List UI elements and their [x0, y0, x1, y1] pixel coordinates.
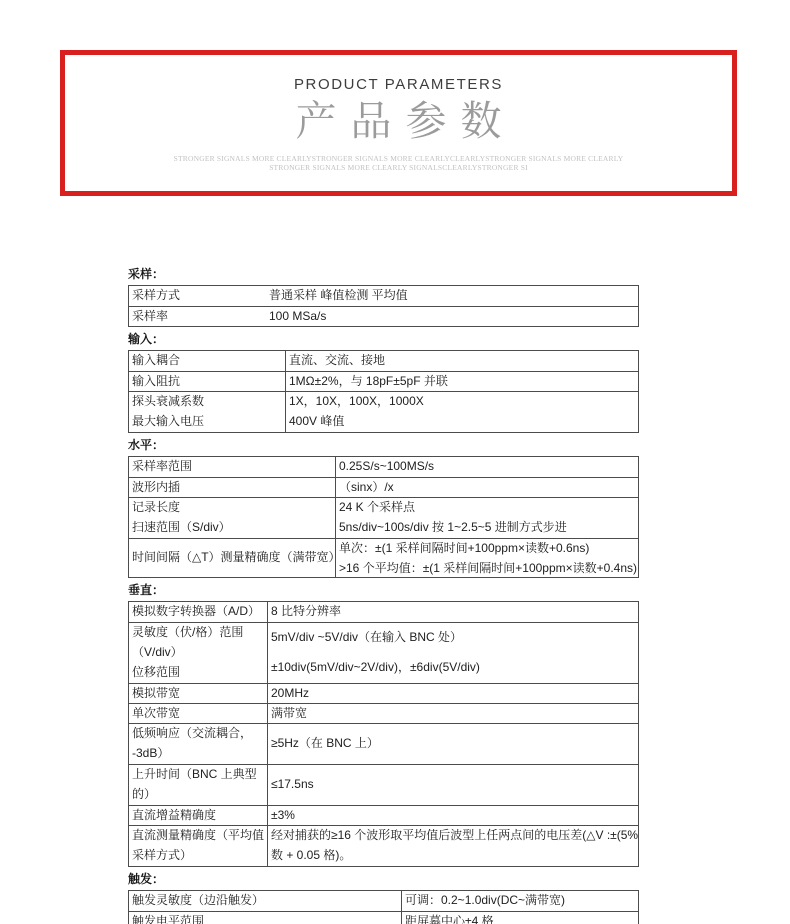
spec-label-line: 直流测量精确度（平均值	[132, 826, 264, 846]
spec-table-horizontal: 采样率范围0.25S/s~100MS/s波形内插（sinx）/x记录长度扫速范围…	[128, 456, 639, 578]
table-row: 记录长度扫速范围（S/div）24 K 个采样点5ns/div~100s/div…	[129, 497, 638, 538]
spec-value-line: 400V 峰值	[289, 412, 635, 432]
spec-value-line: 5ns/div~100s/div 按 1~2.5~5 进制方式步进	[339, 518, 635, 538]
spec-value-line: 5mV/div ~5V/div（在输入 BNC 处）	[271, 628, 635, 648]
spec-label-cell: 直流测量精确度（平均值采样方式）	[129, 826, 267, 866]
table-row: 时间间隔（△T）测量精确度（满带宽）单次：±(1 采样间隔时间+100ppm×读…	[129, 538, 638, 577]
spec-value-line: 满带宽	[271, 704, 635, 723]
spec-value-cell: ≤17.5ns	[267, 765, 638, 805]
section-label-trigger: 触发：	[128, 873, 639, 886]
table-row: 采样方式普通采样 峰值检测 平均值	[129, 286, 638, 306]
spec-table-trigger: 触发灵敏度（边沿触发）可调：0.2~1.0div(DC~满带宽)触发电平范围距屏…	[128, 890, 639, 924]
spec-value-line: 距屏幕中心±4 格	[405, 912, 635, 924]
spec-value-cell: 24 K 个采样点5ns/div~100s/div 按 1~2.5~5 进制方式…	[335, 498, 638, 538]
table-row: 采样率100 MSa/s	[129, 306, 638, 326]
spec-value-line: 单次：±(1 采样间隔时间+100ppm×读数+0.6ns)	[339, 539, 635, 559]
spec-value-line: （sinx）/x	[339, 478, 635, 497]
table-row: 输入阻抗1MΩ±2%，与 18pF±5pF 并联	[129, 371, 638, 391]
spec-value-line: 数 + 0.05 格)。	[271, 846, 635, 866]
section-label-horizontal: 水平：	[128, 439, 639, 452]
table-row: 输入耦合直流、交流、接地	[129, 351, 638, 371]
spec-value-line: ≤17.5ns	[271, 775, 635, 795]
table-row: 上升时间（BNC 上典型的）≤17.5ns	[129, 764, 638, 805]
spec-label-cell: 模拟带宽	[129, 684, 267, 703]
spec-value-line: 20MHz	[271, 684, 635, 703]
spec-label-cell: 模拟数字转换器（A/D）	[129, 602, 267, 622]
spec-value-cell: 0.25S/s~100MS/s	[335, 457, 638, 477]
spec-value-cell: （sinx）/x	[335, 478, 638, 497]
table-row: 灵敏度（伏/格）范围（V/div）位移范围5mV/div ~5V/div（在输入…	[129, 622, 638, 683]
spec-table-input: 输入耦合直流、交流、接地输入阻抗1MΩ±2%，与 18pF±5pF 并联探头衰减…	[128, 350, 639, 433]
spec-label-cell: 直流增益精确度	[129, 806, 267, 825]
spec-label-line: 采样率范围	[132, 457, 332, 477]
spec-value-cell: 直流、交流、接地	[285, 351, 638, 371]
hero-title-en: PRODUCT PARAMETERS	[65, 76, 732, 93]
spec-label-line: 模拟数字转换器（A/D）	[132, 602, 264, 622]
spec-label-cell: 采样率范围	[129, 457, 335, 477]
spec-value-line: 24 K 个采样点	[339, 498, 635, 518]
spec-label-line: 采样率	[132, 307, 263, 326]
spec-label-cell: 灵敏度（伏/格）范围（V/div）位移范围	[129, 623, 267, 683]
spec-label-line: 触发电平范围	[132, 912, 398, 924]
spec-label-line: 灵敏度（伏/格）范围	[132, 623, 264, 643]
spec-label-line: 输入阻抗	[132, 372, 282, 391]
spec-label-cell: 时间间隔（△T）测量精确度（满带宽）	[129, 539, 335, 577]
hero-title-zh: 产品参数	[65, 98, 732, 144]
spec-value-cell: 经对捕获的≥16 个波形取平均值后波型上任两点间的电压差(△V :±(5% 读数…	[267, 826, 638, 866]
spec-label-line: 探头衰减系数	[132, 392, 282, 412]
spec-value-cell: 20MHz	[267, 684, 638, 703]
spec-label-cell: 触发灵敏度（边沿触发）	[129, 891, 401, 911]
table-row: 模拟带宽20MHz	[129, 683, 638, 703]
spec-value-cell: 可调：0.2~1.0div(DC~满带宽)	[401, 891, 638, 911]
spec-table-vertical: 模拟数字转换器（A/D）8 比特分辨率灵敏度（伏/格）范围（V/div）位移范围…	[128, 601, 639, 867]
spec-label-line: 低频响应（交流耦合，	[132, 724, 264, 744]
spec-value-cell: 1X，10X，100X，1000X400V 峰值	[285, 392, 638, 432]
spec-label-line: 采样方式）	[132, 846, 264, 866]
spec-label-cell: 采样率	[129, 307, 266, 326]
spec-label-line: 模拟带宽	[132, 684, 264, 703]
spec-value-line: 1MΩ±2%，与 18pF±5pF 并联	[289, 372, 635, 391]
section-label-vertical: 垂直：	[128, 584, 639, 597]
spec-value-line: 直流、交流、接地	[289, 351, 635, 371]
table-row: 采样率范围0.25S/s~100MS/s	[129, 457, 638, 477]
spec-label-line: 位移范围	[132, 663, 264, 683]
spec-value-cell: 单次：±(1 采样间隔时间+100ppm×读数+0.6ns)>16 个平均值：±…	[335, 539, 638, 577]
spec-value-cell: 5mV/div ~5V/div（在输入 BNC 处）±10div(5mV/div…	[267, 623, 638, 683]
spec-label-line: 上升时间（BNC 上典型	[132, 765, 264, 785]
spec-label-line: -3dB）	[132, 744, 264, 764]
spec-label-cell: 触发电平范围	[129, 912, 401, 924]
spec-label-line: 输入耦合	[132, 351, 282, 371]
spec-value-cell: 1MΩ±2%，与 18pF±5pF 并联	[285, 372, 638, 391]
spec-label-line: 扫速范围（S/div）	[132, 518, 332, 538]
spec-value-cell: 距屏幕中心±4 格	[401, 912, 638, 924]
table-row: 触发灵敏度（边沿触发）可调：0.2~1.0div(DC~满带宽)	[129, 891, 638, 911]
hero-tagline-line2: STRONGER SIGNALS MORE CLEARLY SIGNALSCLE…	[65, 163, 732, 172]
spec-value-line: 经对捕获的≥16 个波形取平均值后波型上任两点间的电压差(△V :±(5% 读	[271, 826, 635, 846]
spec-value-cell: 8 比特分辨率	[267, 602, 638, 622]
spec-label-cell: 上升时间（BNC 上典型的）	[129, 765, 267, 805]
spec-label-line: 波形内插	[132, 478, 332, 497]
spec-label-cell: 单次带宽	[129, 704, 267, 723]
spec-value-line: 100 MSa/s	[269, 307, 635, 326]
table-row: 探头衰减系数最大输入电压1X，10X，100X，1000X400V 峰值	[129, 391, 638, 432]
table-row: 单次带宽满带宽	[129, 703, 638, 723]
spec-value-line: ≥5Hz（在 BNC 上）	[271, 734, 635, 754]
hero-tagline-line1: STRONGER SIGNALS MORE CLEARLYSTRONGER SI…	[65, 154, 732, 163]
spec-label-line: 记录长度	[132, 498, 332, 518]
hero-banner: PRODUCT PARAMETERS 产品参数 STRONGER SIGNALS…	[60, 50, 737, 196]
spec-label-cell: 波形内插	[129, 478, 335, 497]
spec-label-line: 的）	[132, 785, 264, 805]
table-row: 模拟数字转换器（A/D）8 比特分辨率	[129, 602, 638, 622]
spec-value-line: 可调：0.2~1.0div(DC~满带宽)	[405, 891, 635, 911]
spec-label-cell: 低频响应（交流耦合，-3dB）	[129, 724, 267, 764]
spec-value-line: 1X，10X，100X，1000X	[289, 392, 635, 412]
spec-label-line: 触发灵敏度（边沿触发）	[132, 891, 398, 911]
spec-table-sampling: 采样方式普通采样 峰值检测 平均值采样率100 MSa/s	[128, 285, 639, 327]
spec-value-cell: 满带宽	[267, 704, 638, 723]
spec-label-line: 时间间隔（△T）测量精确度（满带宽）	[132, 548, 332, 568]
spec-value-line: ±10div(5mV/div~2V/div)，±6div(5V/div)	[271, 658, 635, 678]
spec-value-cell: ≥5Hz（在 BNC 上）	[267, 724, 638, 764]
spec-value-cell: ±3%	[267, 806, 638, 825]
spec-label-cell: 记录长度扫速范围（S/div）	[129, 498, 335, 538]
table-row: 直流增益精确度±3%	[129, 805, 638, 825]
spec-label-cell: 输入阻抗	[129, 372, 285, 391]
spec-label-line: 单次带宽	[132, 704, 264, 723]
spec-label-cell: 输入耦合	[129, 351, 285, 371]
spec-label-line: 直流增益精确度	[132, 806, 264, 825]
spec-value-cell: 100 MSa/s	[266, 307, 638, 326]
section-label-input: 输入：	[128, 333, 639, 346]
page-root: { "header": { "title_en": "PRODUCT PARAM…	[0, 0, 790, 924]
spec-label-line: （V/div）	[132, 643, 264, 663]
spec-label-cell: 采样方式	[129, 286, 266, 306]
spec-value-line: ±3%	[271, 806, 635, 825]
table-row: 波形内插（sinx）/x	[129, 477, 638, 497]
spec-value-line: >16 个平均值：±(1 采样间隔时间+100ppm×读数+0.4ns)	[339, 559, 635, 578]
spec-value-line: 0.25S/s~100MS/s	[339, 457, 635, 477]
spec-label-line: 最大输入电压	[132, 412, 282, 432]
spec-value-cell: 普通采样 峰值检测 平均值	[266, 286, 638, 306]
spec-value-line: 普通采样 峰值检测 平均值	[269, 286, 635, 306]
table-row: 直流测量精确度（平均值采样方式）经对捕获的≥16 个波形取平均值后波型上任两点间…	[129, 825, 638, 866]
section-label-sampling: 采样：	[128, 268, 639, 281]
spec-value-line: 8 比特分辨率	[271, 602, 635, 622]
table-row: 低频响应（交流耦合，-3dB）≥5Hz（在 BNC 上）	[129, 723, 638, 764]
spec-label-line: 采样方式	[132, 286, 263, 306]
spec-label-cell: 探头衰减系数最大输入电压	[129, 392, 285, 432]
spec-sections: 采样：采样方式普通采样 峰值检测 平均值采样率100 MSa/s输入：输入耦合直…	[128, 268, 639, 924]
table-row: 触发电平范围距屏幕中心±4 格	[129, 911, 638, 924]
